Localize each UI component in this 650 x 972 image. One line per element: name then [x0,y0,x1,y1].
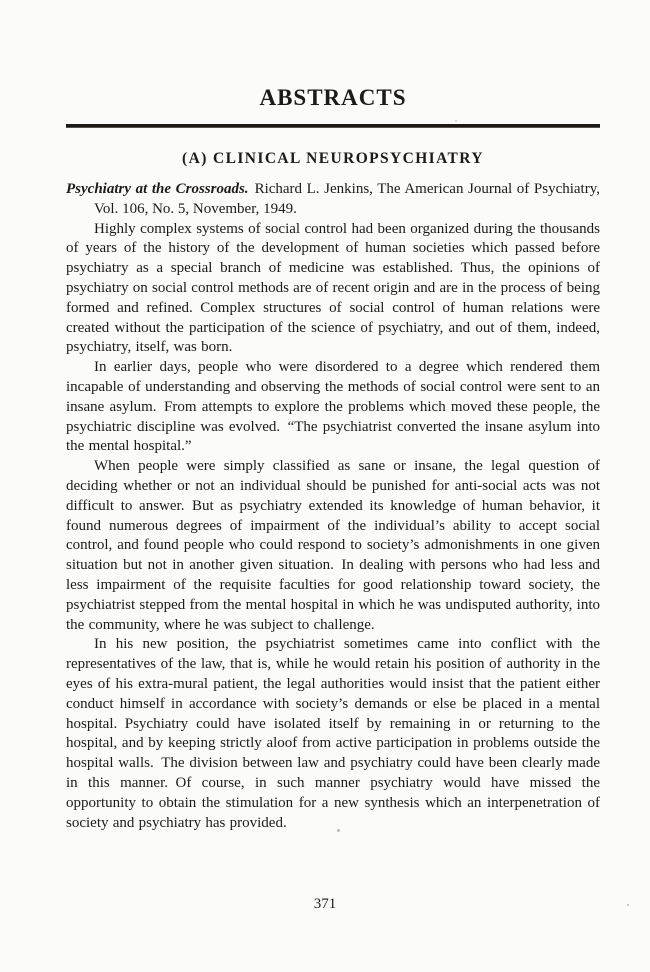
scanned-page: ABSTRACTS (A) CLINICAL NEUROPSYCHIATRY P… [0,0,650,972]
scan-speck [337,829,340,832]
scan-speck [627,904,629,906]
section-heading: (A) CLINICAL NEUROPSYCHIATRY [66,150,600,167]
page-title: ABSTRACTS [66,0,600,109]
title-rule [66,124,600,128]
abstract-paragraph-4: In his new position, the psychiatrist so… [66,635,600,833]
citation-title: Psychiatry at the Crossroads. [66,181,249,197]
citation: Psychiatry at the Crossroads.Richard L. … [66,180,600,220]
abstract-paragraph-1: Highly complex systems of social control… [66,220,600,359]
page-number: 371 [0,895,650,914]
text-block: ABSTRACTS (A) CLINICAL NEUROPSYCHIATRY P… [66,0,600,833]
scan-speck [455,120,457,122]
abstract-paragraph-3: When people were simply classified as sa… [66,457,600,635]
abstract-paragraph-2: In earlier days, people who were disorde… [66,358,600,457]
